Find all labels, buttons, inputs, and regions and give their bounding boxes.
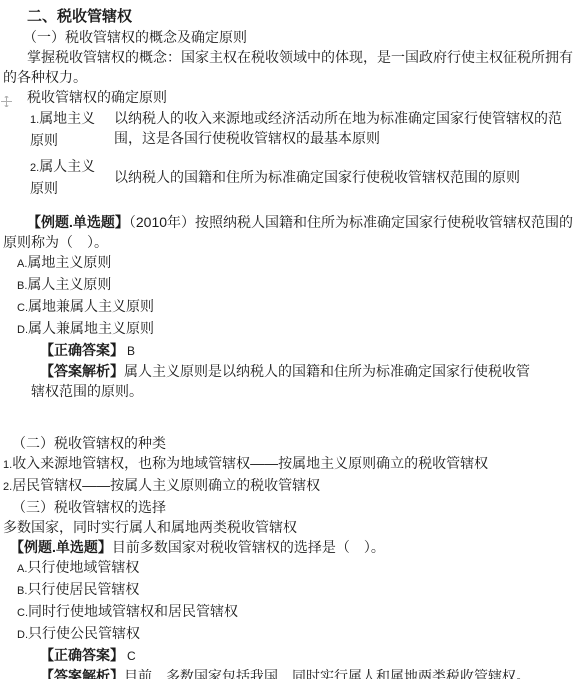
analysis-label: 【答案解析】 <box>40 363 124 379</box>
item-number: 2. <box>3 481 12 493</box>
option-text: 属地兼属人主义原则 <box>28 298 154 314</box>
question-label: 【例题.单选题】 <box>27 214 129 230</box>
intro-paragraph: 掌握税收管辖权的概念：国家主权在税收领域中的体现，是一国政府行使主权征税所拥有的… <box>3 47 580 87</box>
analysis-paragraph: 【答案解析】目前，多数国家包括我国，同时实行属人和属地两类税收管辖权。 <box>31 666 536 679</box>
option-item: A.只行使地域管辖权 <box>17 557 580 579</box>
option-text: 只行使居民管辖权 <box>27 581 139 597</box>
option-key: D. <box>17 324 28 336</box>
item-text: 收入来源地管辖权，也称为地域管辖权——按属地主义原则确立的税收管辖权 <box>12 455 488 471</box>
definition-text: 以纳税人的国籍和住所为标准确定国家行使税收管辖权范围的原则 <box>114 167 520 187</box>
numbered-item: 2.居民管辖权——按属人主义原则确立的税收管辖权 <box>3 475 580 497</box>
section-3-title: （三）税收管辖权的选择 <box>12 497 580 517</box>
option-item: D.属人兼属地主义原则 <box>17 318 580 340</box>
question-1-stem: 【例题.单选题】（2010年）按照纳税人国籍和住所为标准确定国家行使税收管辖权范… <box>3 212 580 252</box>
question-2-options: A.只行使地域管辖权 B.只行使居民管辖权 C.同时行使地域管辖权和居民管辖权 … <box>0 557 580 645</box>
option-key: D. <box>17 629 28 641</box>
option-text: 同时行使地域管辖权和居民管辖权 <box>28 603 238 619</box>
section-3-text: 多数国家，同时实行属人和属地两类税收管辖权 <box>3 517 580 537</box>
correct-answer-value: B <box>124 344 135 358</box>
option-key: A. <box>17 563 27 575</box>
option-key: A. <box>17 258 27 270</box>
correct-answer-label: 【正确答案】 <box>40 342 124 358</box>
row-number: 2. <box>30 162 39 174</box>
item-number: 1. <box>3 459 12 471</box>
analysis-text: 目前，多数国家包括我国，同时实行属人和属地两类税收管辖权。 <box>124 668 530 679</box>
option-item: B.属人主义原则 <box>17 274 580 296</box>
option-key: B. <box>17 280 27 292</box>
table-row: 2.属人主义原则 以纳税人的国籍和住所为标准确定国家行使税收管辖权范围的原则 <box>30 156 580 198</box>
principles-caption: 税收管辖权的确定原则 <box>27 87 580 107</box>
section-1-title: （一）税收管辖权的概念及确定原则 <box>23 27 580 47</box>
analysis-paragraph: 【答案解析】属人主义原则是以纳税人的国籍和住所为标准确定国家行使税收管辖权范围的… <box>31 361 536 401</box>
doc-title: 二、税收管辖权 <box>27 7 580 27</box>
option-text: 属人兼属地主义原则 <box>28 320 154 336</box>
table-move-handle-icon[interactable] <box>1 96 12 107</box>
option-item: C.属地兼属人主义原则 <box>17 296 580 318</box>
question-1-options: A.属地主义原则 B.属人主义原则 C.属地兼属人主义原则 D.属人兼属地主义原… <box>0 252 580 340</box>
option-text: 只行使地域管辖权 <box>27 559 139 575</box>
question-label: 【例题.单选题】 <box>10 539 112 555</box>
option-item: C.同时行使地域管辖权和居民管辖权 <box>17 601 580 623</box>
term-cell: 2.属人主义原则 <box>30 156 102 198</box>
correct-answer-value: C <box>124 649 136 663</box>
numbered-item: 1.收入来源地管辖权，也称为地域管辖权——按属地主义原则确立的税收管辖权 <box>3 453 580 475</box>
row-number: 1. <box>30 114 39 126</box>
option-key: C. <box>17 302 28 314</box>
principles-table: 1.属地主义原则 以纳税人的收入来源地或经济活动所在地为标准确定国家行使管辖权的… <box>30 108 580 198</box>
item-text: 居民管辖权——按属人主义原则确立的税收管辖权 <box>12 477 320 493</box>
document-page: 二、税收管辖权 （一）税收管辖权的概念及确定原则 掌握税收管辖权的概念：国家主权… <box>0 7 580 679</box>
option-item: A.属地主义原则 <box>17 252 580 274</box>
question-stem-text: 目前多数国家对税收管辖权的选择是（ ）。 <box>112 539 385 555</box>
correct-answer-line: 【正确答案】B <box>40 340 580 361</box>
correct-answer-label: 【正确答案】 <box>40 647 124 663</box>
option-key: C. <box>17 607 28 619</box>
definition-cell: 以纳税人的国籍和住所为标准确定国家行使税收管辖权范围的原则 <box>102 156 580 198</box>
option-item: B.只行使居民管辖权 <box>17 579 580 601</box>
option-key: B. <box>17 585 27 597</box>
correct-answer-line: 【正确答案】C <box>40 645 580 666</box>
option-text: 属人主义原则 <box>27 276 111 292</box>
option-text: 只行使公民管辖权 <box>28 625 140 641</box>
option-item: D.只行使公民管辖权 <box>17 623 580 645</box>
term-text: 属地主义原则 <box>30 110 95 148</box>
term-cell: 1.属地主义原则 <box>30 108 102 150</box>
section-2-title: （二）税收管辖权的种类 <box>12 433 580 453</box>
option-text: 属地主义原则 <box>27 254 111 270</box>
term-text: 属人主义原则 <box>30 158 95 196</box>
table-row: 1.属地主义原则 以纳税人的收入来源地或经济活动所在地为标准确定国家行使管辖权的… <box>30 108 580 150</box>
definition-cell: 以纳税人的收入来源地或经济活动所在地为标准确定国家行使管辖权的范围，这是各国行使… <box>102 108 580 150</box>
analysis-label: 【答案解析】 <box>40 668 124 679</box>
question-2-stem: 【例题.单选题】目前多数国家对税收管辖权的选择是（ ）。 <box>10 537 580 557</box>
